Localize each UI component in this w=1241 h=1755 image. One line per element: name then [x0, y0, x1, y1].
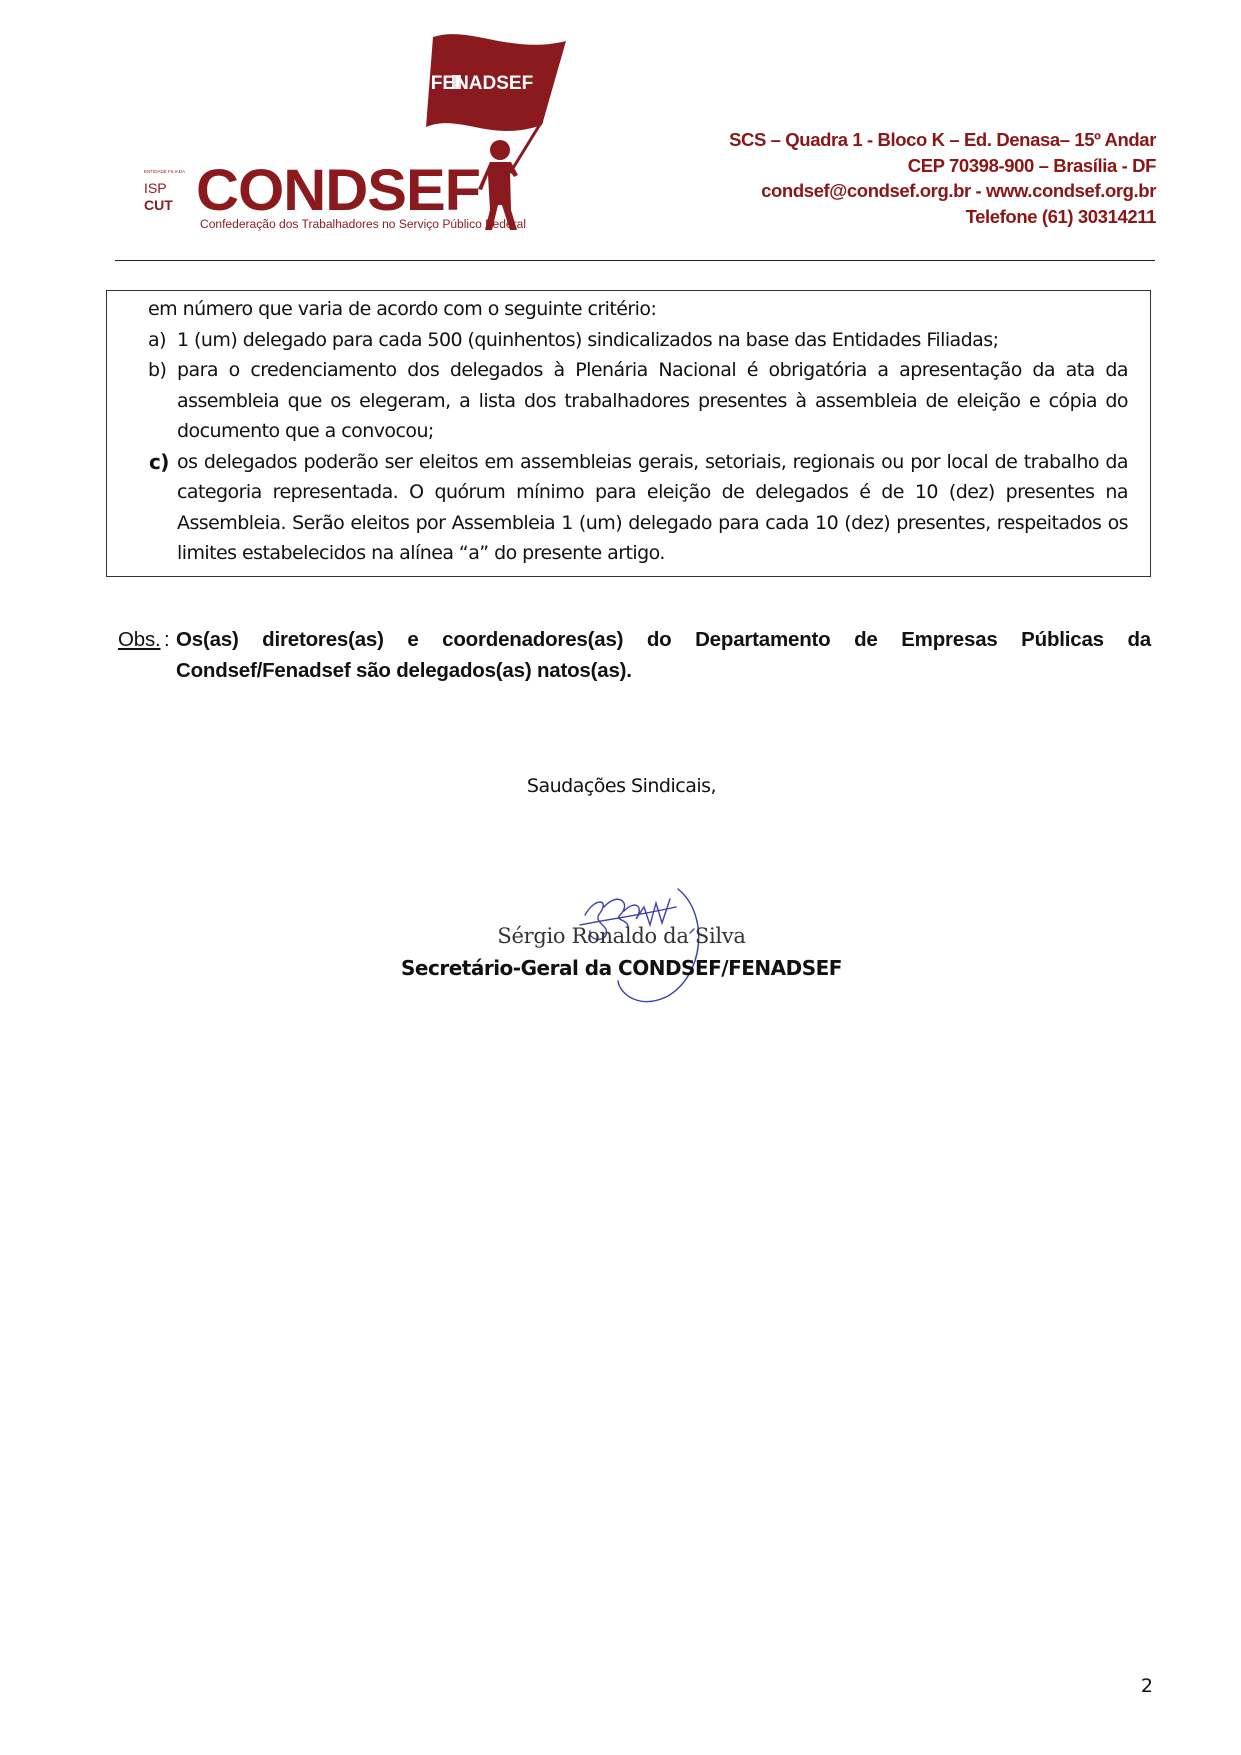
svg-text:ENTIDADE FILIADA: ENTIDADE FILIADA	[144, 169, 185, 174]
svg-text:CUT: CUT	[144, 197, 173, 213]
list-marker: c)	[149, 447, 169, 478]
flag-wordmark: FENADSEF	[431, 73, 533, 94]
observation-label: Obs.	[118, 624, 161, 655]
contact-block: SCS – Quadra 1 - Bloco K – Ed. Denasa– 1…	[729, 127, 1156, 229]
observation-line-2: Condsef/Fenadsef são delegados(as) natos…	[176, 659, 632, 682]
list-marker: a)	[148, 325, 166, 356]
contact-address: SCS – Quadra 1 - Bloco K – Ed. Denasa– 1…	[729, 127, 1156, 153]
list-item: b) para o credenciamento dos delegados à…	[148, 355, 1128, 447]
page-number: 2	[1141, 1675, 1153, 1697]
list-item-text: os delegados poderão ser eleitos em asse…	[177, 451, 1128, 565]
main-wordmark: CONDSEF	[196, 158, 480, 223]
article-text: em número que varia de acordo com o segu…	[148, 294, 1128, 569]
contact-phone: Telefone (61) 30314211	[729, 204, 1156, 230]
list-item: a) 1 (um) delegado para cada 500 (quinhe…	[148, 325, 1128, 356]
signer-name: Sérgio Ronaldo da Silva	[0, 924, 1241, 948]
article-intro: em número que varia de acordo com o segu…	[148, 294, 1128, 325]
header-divider	[115, 260, 1155, 261]
observation-line-1: Os(as) diretores(as) e coordenadores(as)…	[176, 624, 1151, 655]
closing-greeting: Saudações Sindicais,	[0, 775, 1241, 797]
list-marker: b)	[148, 355, 166, 386]
logo-tagline: Confederação dos Trabalhadores no Serviç…	[200, 217, 526, 231]
list-item-text: para o credenciamento dos delegados à Pl…	[177, 359, 1128, 442]
list-item: c) os delegados poderão ser eleitos em a…	[148, 447, 1128, 569]
list-item-text: 1 (um) delegado para cada 500 (quinhento…	[177, 329, 998, 351]
svg-text:ISP: ISP	[144, 180, 167, 196]
observation-note: Obs. : Os(as) diretores(as) e coordenado…	[118, 624, 1151, 686]
contact-email-web: condsef@condsef.org.br - www.condsef.org…	[729, 178, 1156, 204]
condsef-logo: FENADSEF ENTIDADE FILIADA ISP CUT CONDSE…	[130, 25, 590, 255]
observation-colon: :	[164, 624, 170, 655]
contact-cep: CEP 70398-900 – Brasília - DF	[729, 153, 1156, 179]
signer-role: Secretário-Geral da CONDSEF/FENADSEF	[0, 956, 1241, 980]
